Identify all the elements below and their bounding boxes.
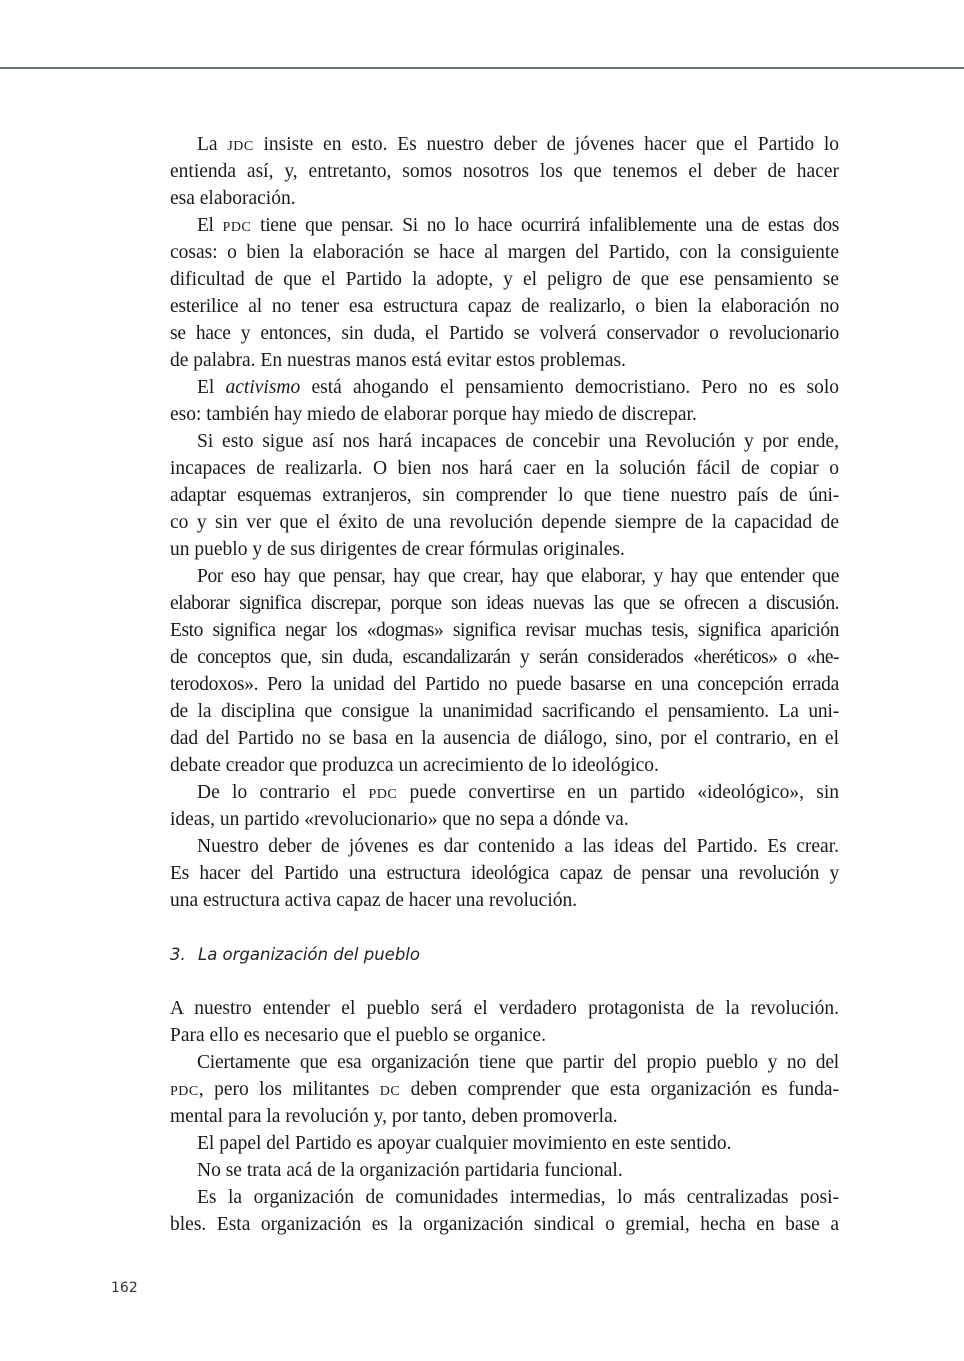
text-line: Es hacer del Partido una estructura ideo… bbox=[170, 860, 839, 887]
text-line: PDC, pero los militantes DC deben compre… bbox=[170, 1076, 839, 1103]
text-line: A nuestro entender el pueblo será el ver… bbox=[170, 995, 839, 1022]
text-line: eso: también hay miedo de elaborar porqu… bbox=[170, 401, 839, 428]
text-line: Es la organización de comunidades interm… bbox=[170, 1184, 839, 1211]
text-line: mental para la revolución y, por tanto, … bbox=[170, 1103, 839, 1130]
paragraph: No se trata acá de la organización parti… bbox=[170, 1157, 839, 1184]
text-line: debate creador que produzca un acrecimie… bbox=[170, 752, 839, 779]
text-line: entienda así, y, entretanto, somos nosot… bbox=[170, 158, 839, 185]
text-line: elaborar significa discrepar, porque son… bbox=[170, 590, 839, 617]
paragraph: Es la organización de comunidades interm… bbox=[170, 1184, 839, 1238]
text-line: una estructura activa capaz de hacer una… bbox=[170, 887, 839, 914]
paragraph: El activismo está ahogando el pensamient… bbox=[170, 374, 839, 428]
text-line: dificultad de que el Partido la adopte, … bbox=[170, 266, 839, 293]
acronym-pdc: PDC bbox=[369, 782, 398, 803]
text-line: un pueblo y de sus dirigentes de crear f… bbox=[170, 536, 839, 563]
text-line: Por eso hay que pensar, hay que crear, h… bbox=[170, 563, 839, 590]
paragraph: De lo contrario el PDC puede convertirse… bbox=[170, 779, 839, 833]
text-line: De lo contrario el PDC puede convertirse… bbox=[170, 779, 839, 806]
section-heading: 3.La organización del pueblo bbox=[170, 941, 839, 968]
text-line: se hace y entonces, sin duda, el Partido… bbox=[170, 320, 839, 347]
paragraph: Por eso hay que pensar, hay que crear, h… bbox=[170, 563, 839, 779]
acronym-jdc: JDC bbox=[227, 134, 253, 155]
acronym-pdc: PDC bbox=[223, 215, 252, 236]
header-rule bbox=[0, 67, 964, 69]
spacer bbox=[170, 914, 839, 941]
spacer bbox=[170, 968, 839, 995]
section-title: La organización del pueblo bbox=[198, 945, 420, 964]
section-number: 3. bbox=[170, 941, 198, 968]
page-body: La JDC insiste en esto. Es nuestro deber… bbox=[170, 131, 839, 1238]
paragraph: La JDC insiste en esto. Es nuestro deber… bbox=[170, 131, 839, 212]
text-line: Esto significa negar los «dogmas» signif… bbox=[170, 617, 839, 644]
text-line: esterilice al no tener esa estructura ca… bbox=[170, 293, 839, 320]
text-line: cosas: o bien la elaboración se hace al … bbox=[170, 239, 839, 266]
paragraph: A nuestro entender el pueblo será el ver… bbox=[170, 995, 839, 1049]
text-line: de la disciplina que consigue la unanimi… bbox=[170, 698, 839, 725]
paragraph: Si esto sigue así nos hará incapaces de … bbox=[170, 428, 839, 563]
text-line: incapaces de realizarla. O bien nos hará… bbox=[170, 455, 839, 482]
text-line: ideas, un partido «revolucionario» que n… bbox=[170, 806, 839, 833]
paragraph: El papel del Partido es apoyar cualquier… bbox=[170, 1130, 839, 1157]
page-number: 162 bbox=[111, 1280, 138, 1296]
emphasis-activismo: activismo bbox=[226, 377, 301, 398]
paragraph: Ciertamente que esa organización tiene q… bbox=[170, 1049, 839, 1130]
text-line: Ciertamente que esa organización tiene q… bbox=[170, 1049, 839, 1076]
text-line: El papel del Partido es apoyar cualquier… bbox=[170, 1130, 839, 1157]
text-line: Nuestro deber de jóvenes es dar contenid… bbox=[170, 833, 839, 860]
text-line: dad del Partido no se basa en la ausenci… bbox=[170, 725, 839, 752]
acronym-dc: DC bbox=[380, 1079, 400, 1100]
text-line: esa elaboración. bbox=[170, 185, 839, 212]
paragraph: El PDC tiene que pensar. Si no lo hace o… bbox=[170, 212, 839, 374]
text-line: bles. Esta organización es la organizaci… bbox=[170, 1211, 839, 1238]
text-line: terodoxos». Pero la unidad del Partido n… bbox=[170, 671, 839, 698]
text-line: No se trata acá de la organización parti… bbox=[170, 1157, 839, 1184]
acronym-pdc: PDC bbox=[170, 1079, 199, 1100]
text-line: de conceptos que, sin duda, escandalizar… bbox=[170, 644, 839, 671]
text-line: co y sin ver que el éxito de una revoluc… bbox=[170, 509, 839, 536]
text-line: El PDC tiene que pensar. Si no lo hace o… bbox=[170, 212, 839, 239]
text-line: La JDC insiste en esto. Es nuestro deber… bbox=[170, 131, 839, 158]
text-line: El activismo está ahogando el pensamient… bbox=[170, 374, 839, 401]
text-line: Para ello es necesario que el pueblo se … bbox=[170, 1022, 839, 1049]
text-line: adaptar esquemas extranjeros, sin compre… bbox=[170, 482, 839, 509]
paragraph: Nuestro deber de jóvenes es dar contenid… bbox=[170, 833, 839, 914]
text-line: de palabra. En nuestras manos está evita… bbox=[170, 347, 839, 374]
text-line: Si esto sigue así nos hará incapaces de … bbox=[170, 428, 839, 455]
